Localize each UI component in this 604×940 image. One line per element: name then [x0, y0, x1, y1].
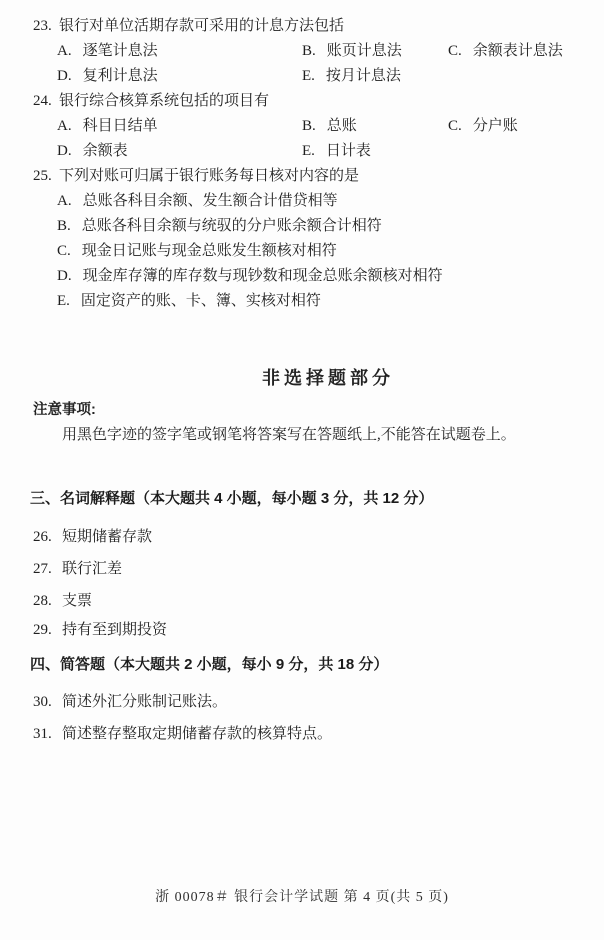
question-23: 23. 银行对单位活期存款可采用的计息方法包括	[0, 14, 604, 39]
question-31: 31. 简述整存整取定期储蓄存款的核算特点。	[0, 722, 604, 747]
question-number: 23.	[33, 14, 59, 39]
question-number: 24.	[33, 89, 59, 114]
option-a: A. 逐笔计息法	[57, 39, 302, 64]
option-label: B.	[302, 114, 316, 139]
option-b: B. 账页计息法	[302, 39, 448, 64]
question-25: 25. 下列对账可归属于银行账务每日核对内容的是	[0, 164, 604, 189]
option-label: B.	[57, 214, 71, 239]
option-text: 逐笔计息法	[83, 39, 158, 64]
option-label: A.	[57, 39, 72, 64]
option-d: D. 余额表	[57, 139, 302, 164]
section-3-title: 三、名词解释题（本大题共 4 小题，每小题 3 分，共 12 分）	[0, 486, 604, 511]
option-text: 现金库存簿的库存数与现钞数和现金总账余额核对相符	[83, 264, 443, 289]
option-text: 总账	[327, 114, 357, 139]
question-24-options-row-1: A. 科目日结单 B. 总账 C. 分户账	[0, 114, 604, 139]
option-b: B. 总账	[302, 114, 448, 139]
option-c: C. 分户账	[448, 114, 604, 139]
option-text: 复利计息法	[83, 64, 158, 89]
option-c: C. 余额表计息法	[448, 39, 604, 64]
option-c: C. 现金日记账与现金总账发生额核对相符	[57, 239, 604, 264]
question-text: 简述整存整取定期储蓄存款的核算特点。	[62, 722, 332, 747]
option-e: E. 固定资产的账、卡、簿、实核对相符	[57, 289, 604, 314]
question-24: 24. 银行综合核算系统包括的项目有	[0, 89, 604, 114]
section-4-title: 四、简答题（本大题共 2 小题，每小 9 分，共 18 分）	[0, 652, 604, 677]
option-text: 分户账	[473, 114, 518, 139]
question-text: 简述外汇分账制记账法。	[62, 690, 227, 715]
notice-title: 注意事项:	[0, 398, 604, 423]
option-label: D.	[57, 264, 72, 289]
option-d: D. 复利计息法	[57, 64, 302, 89]
exam-paper-page: 23. 银行对单位活期存款可采用的计息方法包括 A. 逐笔计息法 B. 账页计息…	[0, 0, 604, 940]
question-27: 27. 联行汇差	[0, 557, 604, 582]
option-b: B. 总账各科目余额与统驭的分户账余额合计相符	[57, 214, 604, 239]
option-label: A.	[57, 189, 72, 214]
empty-cell	[448, 139, 604, 164]
option-label: E.	[302, 64, 315, 89]
question-text: 持有至到期投资	[62, 618, 167, 643]
question-number: 30.	[33, 690, 62, 715]
option-d: D. 现金库存簿的库存数与现钞数和现金总账余额核对相符	[57, 264, 604, 289]
option-label: D.	[57, 64, 72, 89]
question-number: 25.	[33, 164, 59, 189]
option-label: B.	[302, 39, 316, 64]
question-text: 支票	[62, 589, 92, 614]
question-28: 28. 支票	[0, 589, 604, 614]
option-text: 总账各科目余额与统驭的分户账余额合计相符	[82, 214, 382, 239]
question-text: 短期储蓄存款	[62, 525, 152, 550]
option-label: E.	[57, 289, 70, 314]
option-a: A. 科目日结单	[57, 114, 302, 139]
option-label: C.	[448, 114, 462, 139]
option-label: E.	[302, 139, 315, 164]
question-text: 银行综合核算系统包括的项目有	[59, 89, 604, 114]
question-23-options-row-1: A. 逐笔计息法 B. 账页计息法 C. 余额表计息法	[0, 39, 604, 64]
page-footer: 浙 00078＃ 银行会计学试题 第 4 页(共 5 页)	[0, 886, 604, 906]
notice-body: 用黑色字迹的签字笔或钢笔将答案写在答题纸上,不能答在试题卷上。	[0, 423, 604, 448]
question-23-options-row-2: D. 复利计息法 E. 按月计息法	[0, 64, 604, 89]
question-number: 28.	[33, 589, 62, 614]
option-a: A. 总账各科目余额、发生额合计借贷相等	[57, 189, 604, 214]
option-label: A.	[57, 114, 72, 139]
option-text: 账页计息法	[327, 39, 402, 64]
option-label: C.	[57, 239, 71, 264]
part-header: 非选择题部分	[26, 367, 604, 389]
option-text: 按月计息法	[326, 64, 401, 89]
question-29: 29. 持有至到期投资	[0, 618, 604, 643]
option-text: 余额表	[83, 139, 128, 164]
option-label: D.	[57, 139, 72, 164]
question-number: 29.	[33, 618, 62, 643]
question-text: 联行汇差	[62, 557, 122, 582]
option-text: 余额表计息法	[473, 39, 563, 64]
question-text: 银行对单位活期存款可采用的计息方法包括	[59, 14, 604, 39]
option-text: 现金日记账与现金总账发生额核对相符	[82, 239, 337, 264]
option-text: 总账各科目余额、发生额合计借贷相等	[83, 189, 338, 214]
question-26: 26. 短期储蓄存款	[0, 525, 604, 550]
question-number: 27.	[33, 557, 62, 582]
question-24-options-row-2: D. 余额表 E. 日计表	[0, 139, 604, 164]
option-text: 科目日结单	[83, 114, 158, 139]
question-text: 下列对账可归属于银行账务每日核对内容的是	[59, 164, 604, 189]
empty-cell	[448, 64, 604, 89]
question-number: 31.	[33, 722, 62, 747]
option-text: 日计表	[326, 139, 371, 164]
option-e: E. 日计表	[302, 139, 448, 164]
question-30: 30. 简述外汇分账制记账法。	[0, 690, 604, 715]
option-label: C.	[448, 39, 462, 64]
question-number: 26.	[33, 525, 62, 550]
question-25-options: A. 总账各科目余额、发生额合计借贷相等 B. 总账各科目余额与统驭的分户账余额…	[0, 189, 604, 314]
option-text: 固定资产的账、卡、簿、实核对相符	[81, 289, 321, 314]
option-e: E. 按月计息法	[302, 64, 448, 89]
